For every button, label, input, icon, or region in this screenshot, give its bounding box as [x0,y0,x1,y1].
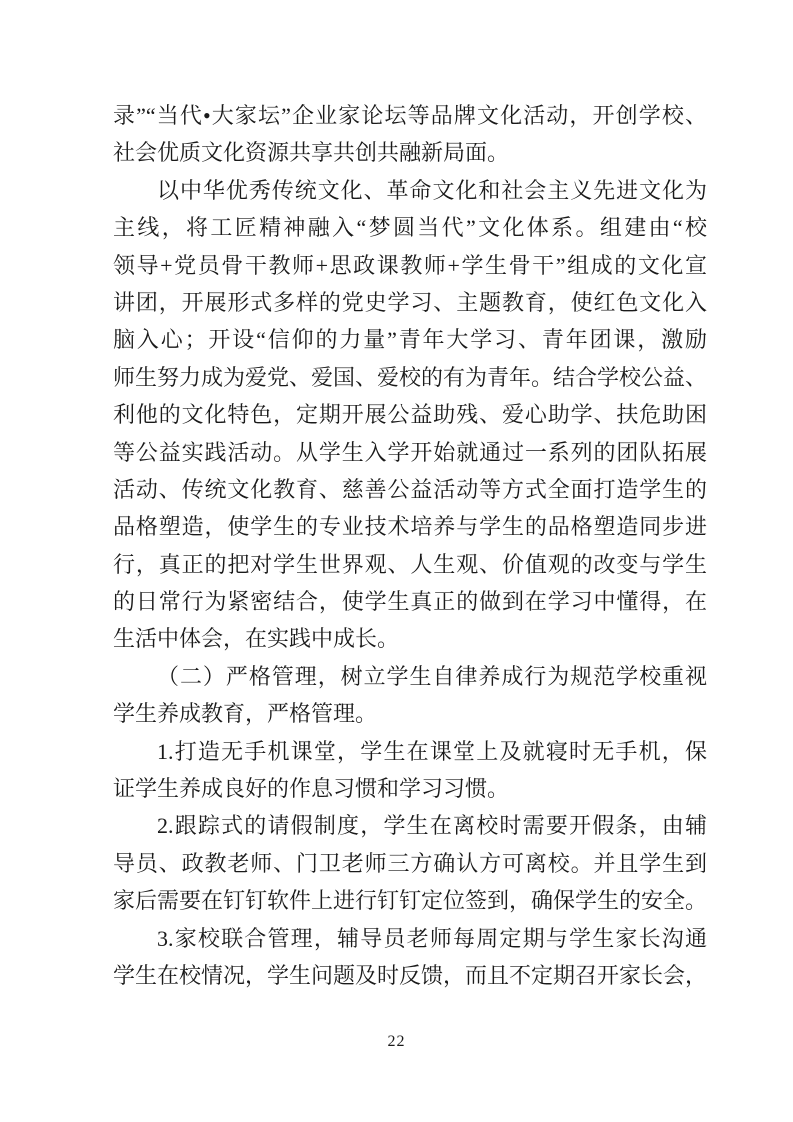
text-line: 等公益实践活动。从学生入学开始就通过一系列的团队拓展 [113,434,707,471]
document-page: 录”“当代•大家坛”企业家论坛等品牌文化活动，开创学校、社会优质文化资源共享共创… [0,0,793,1122]
text-line: 活动、传统文化教育、慈善公益活动等方式全面打造学生的 [113,471,707,508]
page-footer: 22 [0,1033,793,1051]
document-body: 录”“当代•大家坛”企业家论坛等品牌文化活动，开创学校、社会优质文化资源共享共创… [113,97,707,994]
text-line: 导员、政教老师、门卫老师三方确认方可离校。并且学生到 [113,845,707,882]
text-line: 主线，将工匠精神融入“梦圆当代”文化体系。组建由“校 [113,209,707,246]
text-line: 讲团，开展形式多样的党史学习、主题教育，使红色文化入 [113,284,707,321]
text-line: 录”“当代•大家坛”企业家论坛等品牌文化活动，开创学校、 [113,97,707,134]
page-number: 22 [388,1033,406,1050]
text-line: 的日常行为紧密结合，使学生真正的做到在学习中懂得，在 [113,583,707,620]
text-line: 领导+党员骨干教师+思政课教师+学生骨干”组成的文化宣 [113,247,707,284]
text-line: 学生养成教育，严格管理。 [113,695,707,732]
text-line: 生活中体会，在实践中成长。 [113,620,707,657]
text-line: 家后需要在钉钉软件上进行钉钉定位签到，确保学生的安全。 [113,882,707,919]
text-line: 证学生养成良好的作息习惯和学习习惯。 [113,770,707,807]
text-line: 利他的文化特色，定期开展公益助残、爱心助学、扶危助困 [113,396,707,433]
text-line: 学生在校情况，学生问题及时反馈，而且不定期召开家长会， [113,957,707,994]
text-line: 以中华优秀传统文化、革命文化和社会主义先进文化为 [113,172,707,209]
text-line: 品格塑造，使学生的专业技术培养与学生的品格塑造同步进 [113,508,707,545]
text-line: 1.打造无手机课堂，学生在课堂上及就寝时无手机，保 [113,733,707,770]
text-line: 行，真正的把对学生世界观、人生观、价值观的改变与学生 [113,546,707,583]
text-line: 3.家校联合管理，辅导员老师每周定期与学生家长沟通 [113,920,707,957]
text-line: 师生努力成为爱党、爱国、爱校的有为青年。结合学校公益、 [113,359,707,396]
text-line: （二）严格管理，树立学生自律养成行为规范学校重视 [113,658,707,695]
text-line: 2.跟踪式的请假制度，学生在离校时需要开假条，由辅 [113,807,707,844]
text-line: 社会优质文化资源共享共创共融新局面。 [113,134,707,171]
text-line: 脑入心；开设“信仰的力量”青年大学习、青年团课，激励 [113,321,707,358]
